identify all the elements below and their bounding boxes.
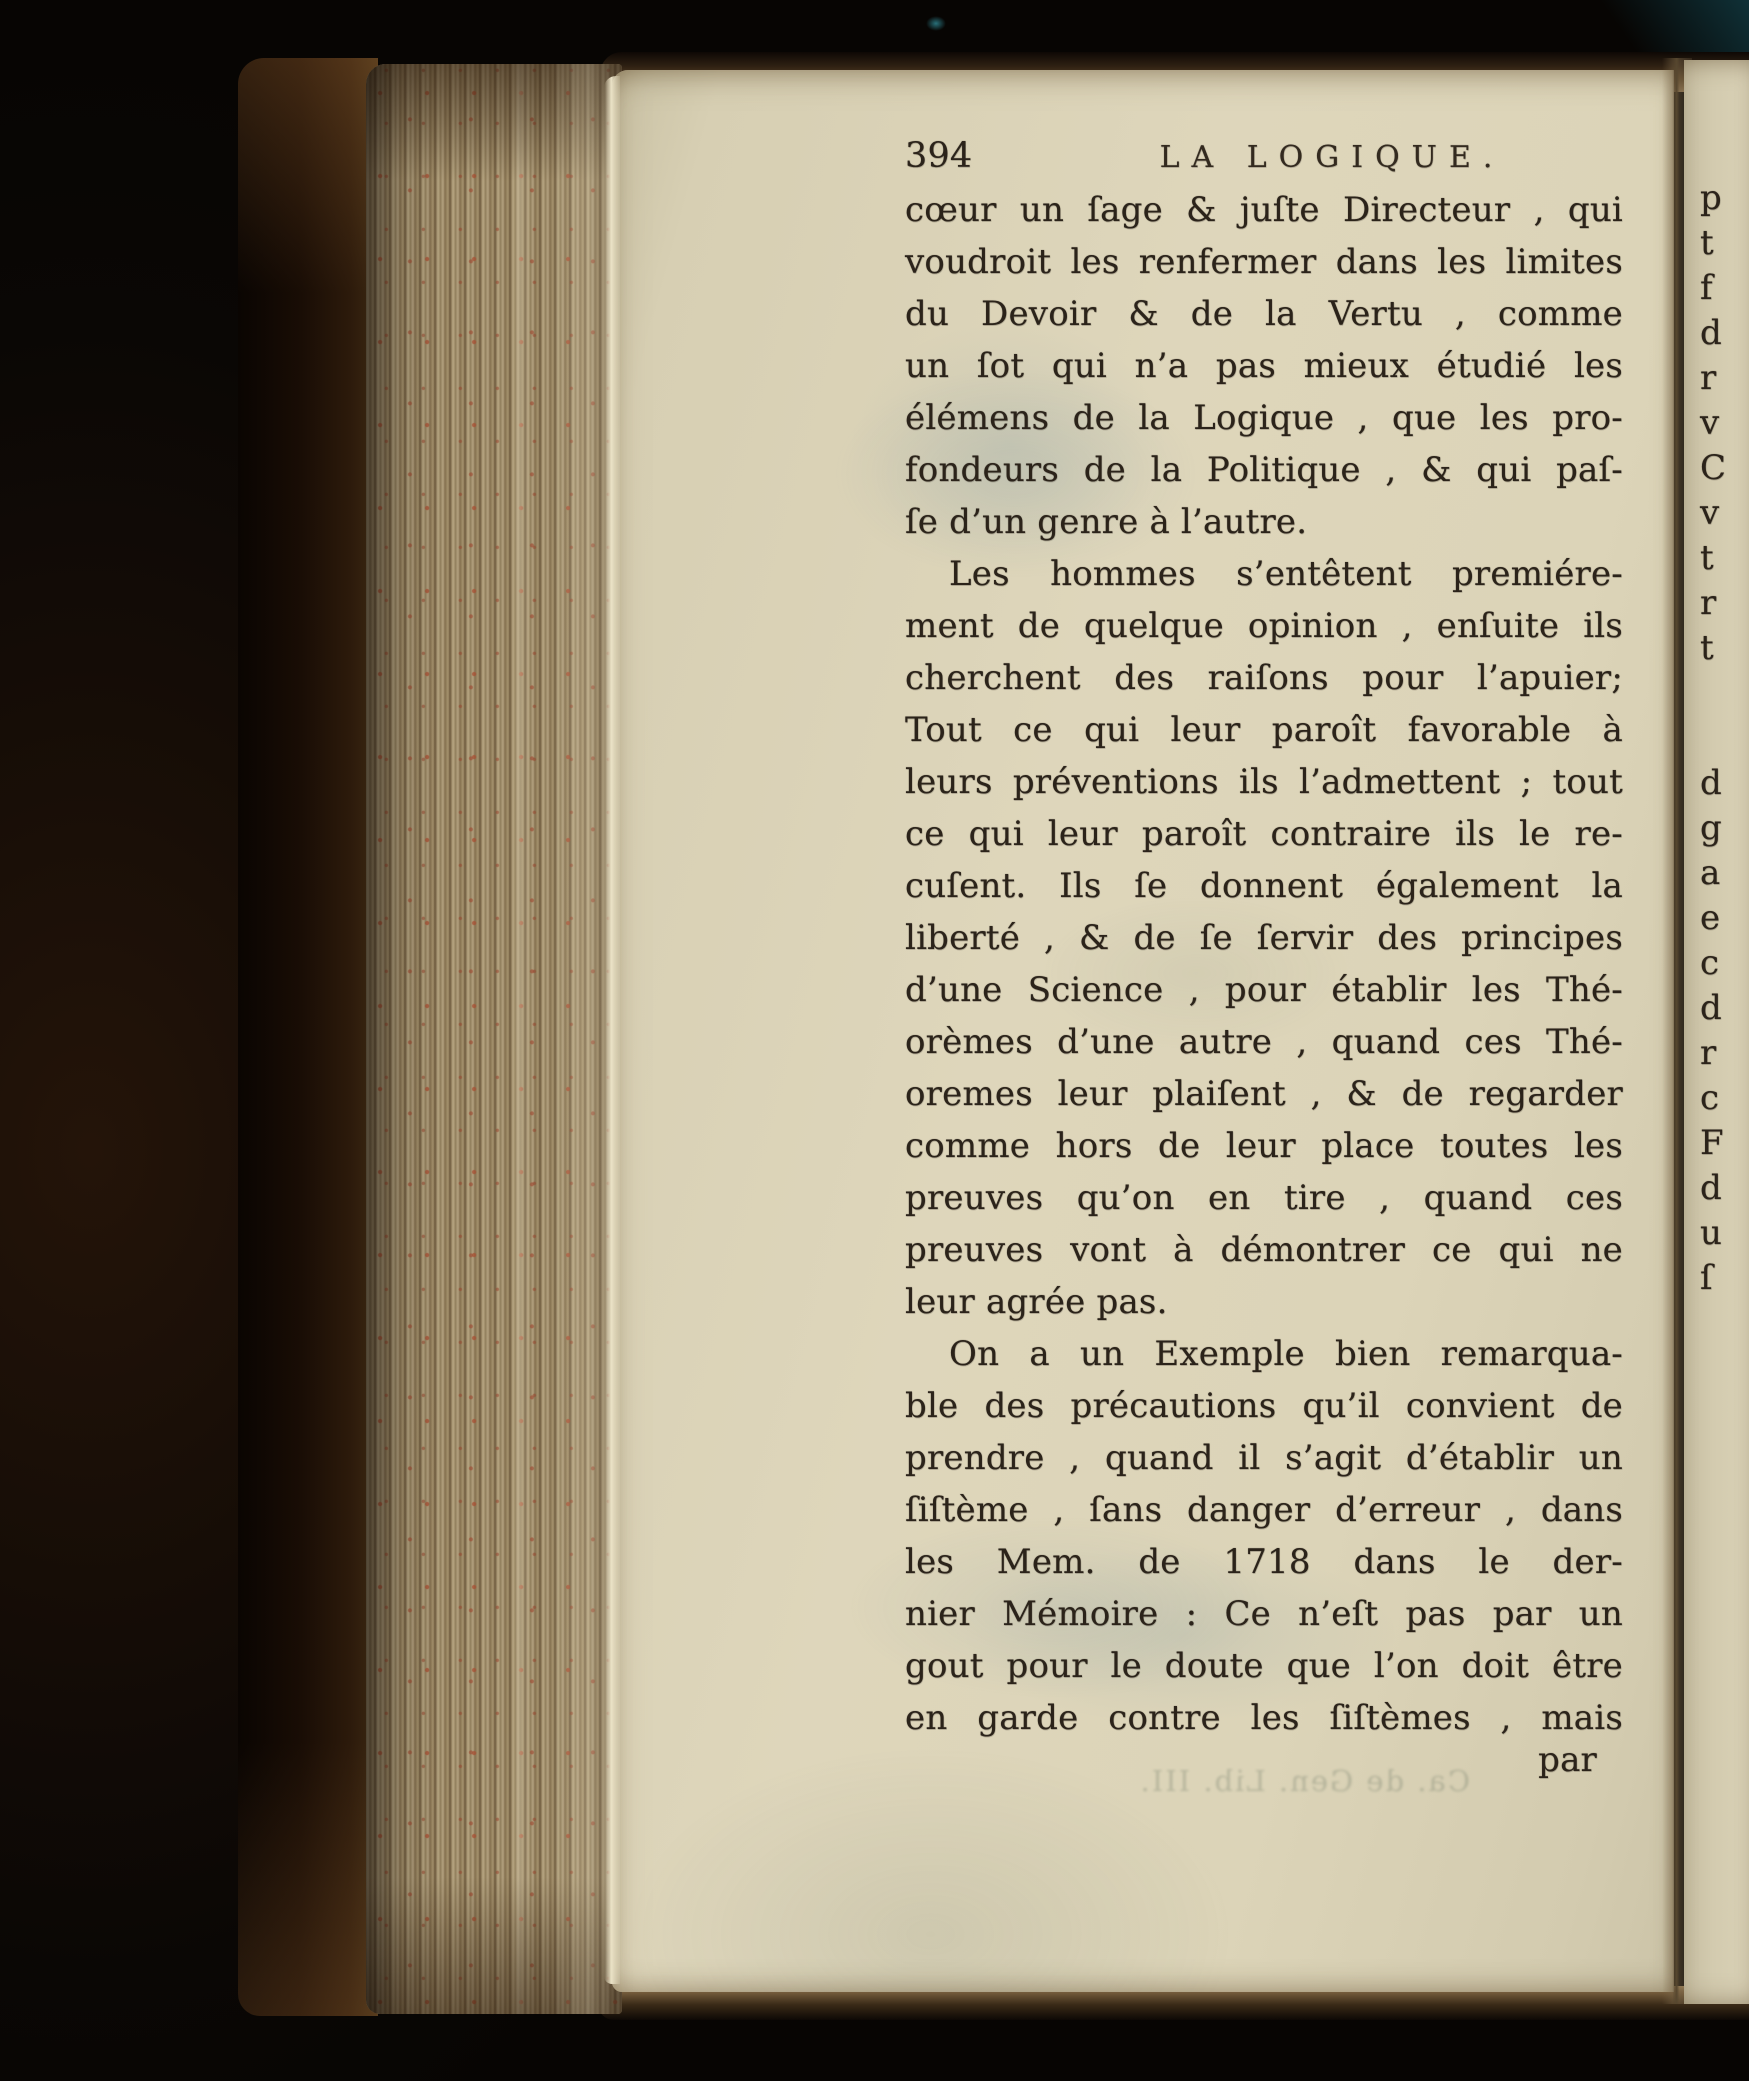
body-line: ble des précautions qu’il convient de [905, 1380, 1623, 1432]
facing-page-letter: ſ [1700, 1256, 1713, 1301]
body-line: orèmes d’une autre , quand ces Thé- [905, 1016, 1623, 1068]
body-line: cuſent. Ils ſe donnent également la [905, 860, 1623, 912]
body-line: oremes leur plaiſent , & de regarder [905, 1068, 1623, 1120]
book-cover-sliver [238, 58, 378, 2016]
body-line: cœur un ſage & juſte Directeur , qui [905, 184, 1623, 236]
body-line: ſe d’un genre à l’autre. [905, 496, 1623, 548]
facing-page-letter: v [1700, 491, 1719, 536]
body-line: Les hommes s’entêtent premiére- [905, 548, 1623, 600]
body-line: gout pour le doute que l’on doit être [905, 1640, 1623, 1692]
book-fore-edge-shading [366, 64, 622, 2014]
body-line: liberté , & de ſe ſervir des principes [905, 912, 1623, 964]
facing-page-letter: C [1700, 446, 1726, 491]
facing-page-letter: t [1700, 221, 1714, 266]
facing-page-letter: c [1700, 941, 1719, 986]
body-line: leurs préventions ils l’admettent ; tout [905, 756, 1623, 808]
facing-page-letter: r [1700, 356, 1716, 401]
facing-page-letter: d [1700, 311, 1722, 356]
facing-page-letter: t [1700, 536, 1714, 581]
body-line: prendre , quand il s’agit d’établir un [905, 1432, 1623, 1484]
facing-page-letter: r [1700, 1031, 1716, 1076]
facing-page-letter: a [1700, 851, 1720, 896]
facing-page-letter: p [1700, 176, 1722, 221]
body-line: Tout ce qui leur paroît favorable à [905, 704, 1623, 756]
facing-page-letter: d [1700, 761, 1722, 806]
body-line: fondeurs de la Politique , & qui paſ- [905, 444, 1623, 496]
body-line: les Mem. de 1718 dans le der- [905, 1536, 1623, 1588]
facing-page-letter: e [1700, 896, 1720, 941]
body-line: comme hors de leur place toutes les [905, 1120, 1623, 1172]
facing-page-letter: v [1700, 401, 1719, 446]
body-line: un ſot qui n’a pas mieux étudié les [905, 340, 1623, 392]
show-through-ghost-text: Ca. de Gen. Lib. III. [930, 1764, 1470, 1798]
body-line: ſiſtème , ſans danger d’erreur , dans [905, 1484, 1623, 1536]
facing-page-letter: f [1700, 266, 1713, 311]
page-number: 394 [905, 136, 1055, 176]
facing-page-letter: r [1700, 581, 1716, 626]
body-line: preuves vont à démontrer ce qui ne [905, 1224, 1623, 1276]
facing-page-letter: g [1700, 806, 1722, 851]
body-line: ment de quelque opinion , enſuite ils [905, 600, 1623, 652]
body-line: en garde contre les ſiſtèmes , mais [905, 1692, 1623, 1744]
body-line: cherchent des raiſons pour l’apuier; [905, 652, 1623, 704]
body-line: nier Mémoire : Ce n’eſt pas par un [905, 1588, 1623, 1640]
facing-page-letter: d [1700, 986, 1722, 1031]
body-lines: cœur un ſage & juſte Directeur , quivoud… [905, 184, 1623, 1744]
scan-speck-artifact [926, 16, 946, 31]
body-line: ce qui leur paroît contraire ils le re- [905, 808, 1623, 860]
body-line: On a un Exemple bien remarqua- [905, 1328, 1623, 1380]
body-line: d’une Science , pour établir les Thé- [905, 964, 1623, 1016]
body-line: leur agrée pas. [905, 1276, 1623, 1328]
facing-page-letter: u [1700, 1211, 1722, 1256]
facing-page-letter: F [1700, 1121, 1724, 1166]
page-header: 394 LA LOGIQUE. [905, 136, 1623, 184]
body-line: du Devoir & de la Vertu , comme [905, 288, 1623, 340]
body-line: élémens de la Logique , que les pro- [905, 392, 1623, 444]
body-line: voudroit les renfermer dans les limites [905, 236, 1623, 288]
facing-page-letter: c [1700, 1076, 1719, 1121]
body-line: preuves qu’on en tire , quand ces [905, 1172, 1623, 1224]
running-title: LA LOGIQUE. [1055, 140, 1623, 175]
facing-page-letter: t [1700, 626, 1714, 671]
facing-page-letter: d [1700, 1166, 1722, 1211]
